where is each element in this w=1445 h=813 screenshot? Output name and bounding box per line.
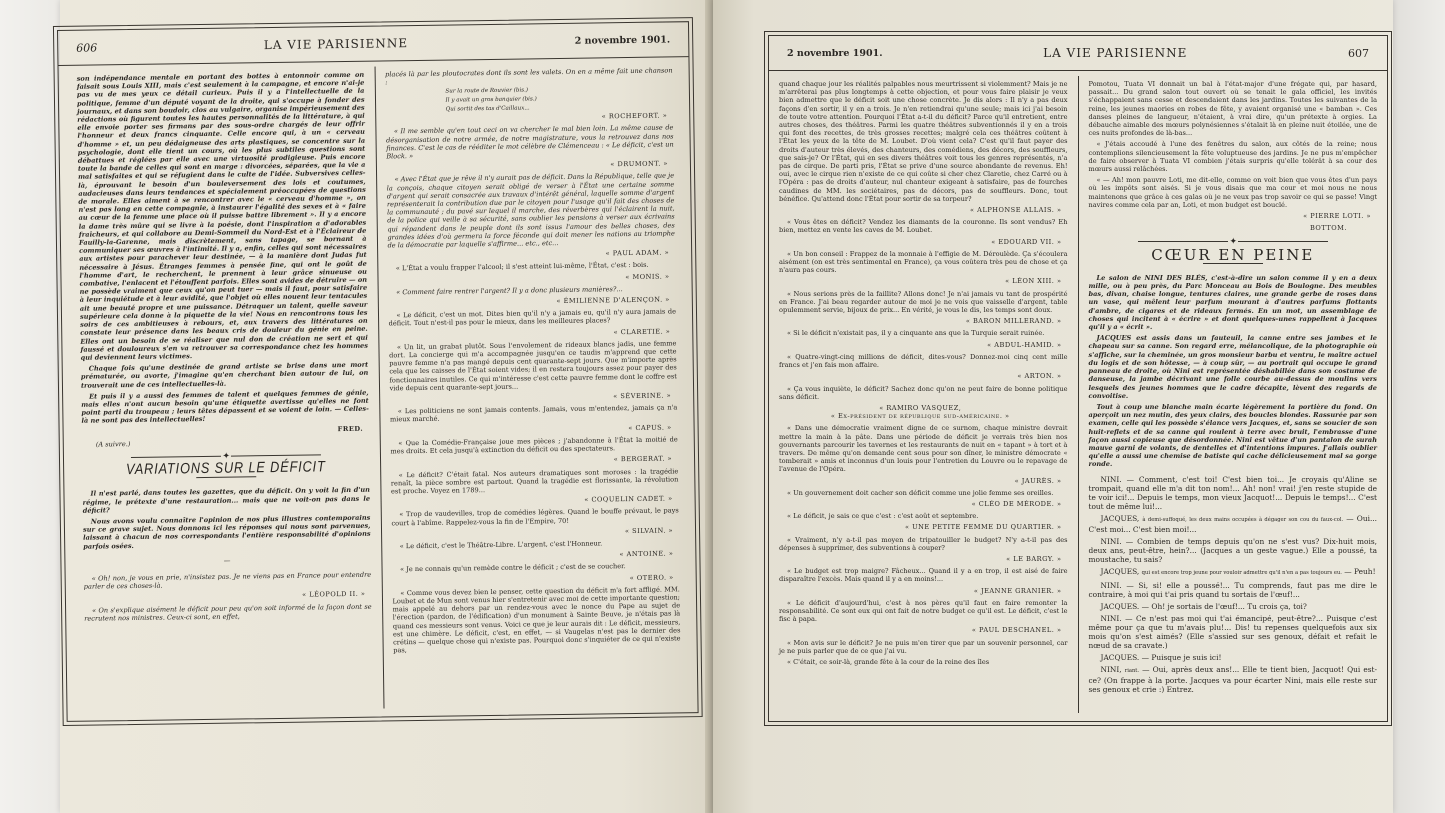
separator-dash: —	[83, 554, 371, 566]
quote-text: « Le déficit? C'était fatal. Nos auteurs…	[391, 467, 679, 496]
dialogue-line: JACQUES, à demi-suffoqué, les deux mains…	[1089, 514, 1378, 534]
stage-direction: à demi-suffoqué, les deux mains occupées…	[1142, 517, 1343, 523]
quote-text: « Le budget est trop maigre? Fâcheux... …	[779, 567, 1068, 583]
quote-text: « C'était, ce soir-là, grande fête à la …	[779, 658, 1068, 666]
quote-text: « Trop de vaudevilles, trop de comédies …	[391, 507, 679, 527]
quote-text: « On s'explique aisément le déficit pour…	[84, 602, 372, 622]
quote-author: « LÉOPOLD II. »	[84, 590, 366, 602]
quote-author: « ROCHEFORT. »	[386, 112, 668, 124]
quote-author: « CLARETIE. »	[389, 327, 671, 339]
speaker: JACQUES,	[1101, 567, 1140, 576]
quote-author: « UNE PETITE FEMME DU QUARTIER. »	[779, 523, 1062, 531]
dialogue-line: JACQUES, qui est encore trop jeune pour …	[1089, 567, 1378, 578]
quote-text: quand chaque jour les réalités palpables…	[779, 80, 1068, 203]
quote-text: « Si le déficit n'existait pas, il y a c…	[779, 329, 1068, 337]
right-column-2: Pomotou, Tuata VI donnait un bal à l'éta…	[1078, 76, 1388, 713]
quote-text: « Quatre-vingt-cinq millions de déficit,…	[779, 353, 1068, 369]
quote-author: « PAUL ADAM. »	[388, 249, 670, 261]
quote-text: « Nous serions près de la faillite? Allo…	[779, 290, 1068, 315]
left-page-frame: 606 LA VIE PARISIENNE 2 novembre 1901. s…	[57, 21, 699, 722]
quote-text: « L'État a voulu frapper l'alcool; il s'…	[388, 261, 676, 273]
quote-author: « LÉON XIII. »	[779, 277, 1062, 285]
speaker: JACQUES.	[1101, 602, 1140, 611]
intro-paragraph: Il n'est parlé, dans toutes les gazettes…	[82, 486, 370, 515]
quote-lead: placés là par les ploutocrates dont ils …	[385, 66, 673, 86]
issue-date: 2 novembre 1901.	[575, 34, 671, 46]
quote-text: « Le déficit, c'est le Théâtre-Libre. L'…	[392, 538, 680, 550]
quote-author: « BARON MILLERAND. »	[779, 317, 1062, 325]
quote-text: « Avec l'État que je rêve il n'y aurait …	[387, 172, 676, 250]
quote-text: « Un lit, un grabat plutôt. Sous l'envol…	[389, 339, 677, 392]
dialogue: NINI. — Comment, c'est toi! C'est bien t…	[1089, 475, 1378, 694]
article-paragraph: Et puis il y a aussi des femmes de talen…	[81, 388, 369, 425]
quote-author: « SILVAIN. »	[392, 526, 674, 538]
intro-paragraph: Tout à coup une blanche main écarte légè…	[1089, 403, 1378, 469]
quote-author: « ALPHONSE ALLAIS. »	[779, 206, 1062, 214]
stage-direction: qui est encore trop jeune pour vouloir a…	[1142, 570, 1342, 576]
magazine-title: LA VIE PARISIENNE	[1043, 46, 1187, 60]
stage-direction: riant.	[1125, 668, 1139, 674]
intro-paragraph: Le salon de NINI DES BLÉS, c'est-à-dire …	[1089, 274, 1378, 331]
quote-text: « Dans une démocratie vraiment digne de …	[779, 424, 1068, 473]
quote-author: « ARTON. »	[779, 372, 1062, 380]
line-text: — Puisque je suis ici!	[1142, 653, 1222, 662]
quote-author: « CLÉO DE MÉRODE. »	[779, 500, 1062, 508]
quote-author: « COQUELIN CADET. »	[391, 495, 673, 507]
speaker: NINI.	[1101, 475, 1122, 484]
speaker: JACQUES,	[1101, 514, 1140, 523]
line-text: — Peuh!	[1344, 567, 1375, 576]
quote-text: « Je ne connais qu'un remède contre le d…	[392, 562, 680, 574]
right-page-frame: 2 novembre 1901. LA VIE PARISIENNE 607 q…	[768, 35, 1388, 722]
speaker: JACQUES.	[1101, 653, 1140, 662]
quote-text: « Mon avis sur le déficit? Je ne puis m'…	[779, 639, 1068, 655]
quote-text: « Vous êtes en déficit? Vendez les diama…	[779, 218, 1068, 234]
left-column-2: placés là par les ploutocrates dont ils …	[374, 62, 697, 708]
speaker: NINI,	[1101, 665, 1122, 674]
quote-text: « Il me semble qu'en tout ceci on va che…	[386, 124, 674, 161]
quote-author: « SÉVERINE. »	[390, 392, 672, 404]
quote-author: « ANTOINE. »	[392, 550, 674, 562]
quote-text: « Un bon conseil : Frappez de la monnaie…	[779, 250, 1068, 275]
quote-author: « CAPUS. »	[390, 423, 672, 435]
right-column-1: quand chaque jour les réalités palpables…	[769, 76, 1078, 713]
article-signature: BOTTOM.	[1089, 224, 1348, 232]
left-column-1: son indépendance mentale en portant des …	[59, 67, 383, 713]
article-signature: FRED.	[82, 424, 364, 436]
line-text: — Comment, c'est toi! C'est bien toi... …	[1089, 475, 1378, 511]
quote-author: « PIERRE LOTI. »	[1089, 212, 1372, 220]
section-title: VARIATIONS SUR LE DÉFICIT	[104, 463, 348, 475]
story-paragraph: « J'étais accoudé à l'une des fenêtres d…	[1089, 140, 1378, 173]
dialogue-line: JACQUES. — Oh! je sortais de l'œuf!... T…	[1089, 602, 1378, 611]
quote-author: « PAUL DESCHANEL. »	[779, 626, 1062, 634]
quote-text: « Ça vous inquiète, le déficit? Sachez d…	[779, 385, 1068, 401]
dialogue-line: NINI. — Combien de temps depuis qu'on ne…	[1089, 537, 1378, 564]
quote-text: « Un gouvernement doit cacher son défici…	[779, 489, 1068, 497]
quote-author: « JEANNE GRANIER. »	[779, 587, 1062, 595]
article-paragraph: son indépendance mentale en portant des …	[77, 71, 368, 362]
intro-paragraph: JACQUES est assis dans un fauteuil, la c…	[1089, 334, 1378, 400]
quote-text: « Le déficit d'aujourd'hui, c'est à nos …	[779, 599, 1068, 624]
quote-author: « EDOUARD VII. »	[779, 238, 1062, 246]
quote-author: « LE BARGY. »	[779, 555, 1062, 563]
line-text: — Oh! je sortais de l'œuf!... Tu crois ç…	[1142, 602, 1307, 611]
dialogue-line: NINI. — Comment, c'est toi! C'est bien t…	[1089, 475, 1378, 511]
speaker: NINI.	[1101, 581, 1122, 590]
line-text: — Si, si! elle a poussé!... Tu comprends…	[1089, 581, 1378, 599]
dialogue-line: NINI. — Ce n'est pas moi qui t'ai émanci…	[1089, 614, 1378, 650]
quote-author: « JAURÈS. »	[779, 477, 1062, 485]
dialogue-line: NINI, riant. — Oui, après deux ans!... E…	[1089, 665, 1378, 694]
page-number: 607	[1348, 47, 1369, 60]
article-paragraph: Chaque fois qu'une destinée de grand art…	[81, 361, 369, 390]
dialogue-line: JACQUES. — Puisque je suis ici!	[1089, 653, 1378, 662]
quote-text: « Les politiciens ne sont jamais content…	[390, 404, 678, 424]
quote-text: « Oh! non, je vous en prie, n'insistez p…	[84, 571, 372, 591]
speaker: NINI.	[1101, 537, 1122, 546]
quote-text: « Comment faire rentrer l'argent? Il y a…	[388, 284, 676, 296]
quote-text: « Le déficit, je sais ce que c'est : c'e…	[779, 512, 1068, 520]
quote-author: « MONIS. »	[388, 272, 670, 284]
continued-note: (A suivre.)	[96, 436, 370, 448]
quote-author: « OTERO. »	[392, 573, 674, 585]
quote-author: « DRUMONT. »	[386, 160, 668, 172]
quote-text: « Le déficit, c'est un mot. Dites bien q…	[388, 308, 676, 328]
line-text: — Ce n'est pas moi qui t'ai émancipé, pe…	[1089, 614, 1378, 650]
dialogue-line: NINI. — Si, si! elle a poussé!... Tu com…	[1089, 581, 1378, 599]
quote-text: « Comme vous devez bien le penser, cette…	[392, 585, 680, 655]
quote-author: « RAMIRO VASQUEZ, « Ex-président de répu…	[779, 404, 1062, 420]
quote-author: « ÉMILIENNE D'ALENÇON. »	[388, 296, 670, 308]
section-title: CŒUR EN PEINE	[1089, 251, 1378, 259]
quote-text: « Vraiment, n'y a-t-il pas moyen de trip…	[779, 536, 1068, 552]
quote-author: « ABDUL-HAMID. »	[779, 341, 1062, 349]
line-text: — Combien de temps depuis qu'on ne s'est…	[1089, 537, 1378, 564]
quote-author: « BERGERAT. »	[391, 455, 673, 467]
story-paragraph: Pomotou, Tuata VI donnait un bal à l'éta…	[1089, 80, 1378, 137]
quote-text: « Que la Comédie-Française joue mes pièc…	[390, 435, 678, 455]
magazine-title: LA VIE PARISIENNE	[264, 36, 409, 52]
page-number: 606	[76, 41, 97, 54]
story-paragraph: « — Ah! mon pauvre Loti, me dit-elle, co…	[1089, 176, 1378, 209]
issue-date: 2 novembre 1901.	[787, 48, 883, 59]
running-head-left: 606 LA VIE PARISIENNE 2 novembre 1901.	[58, 22, 688, 66]
running-head-right: 2 novembre 1901. LA VIE PARISIENNE 607	[769, 36, 1387, 71]
intro-paragraph: Nous avons voulu connaître l'opinion de …	[83, 514, 371, 551]
speaker: NINI.	[1101, 614, 1122, 623]
